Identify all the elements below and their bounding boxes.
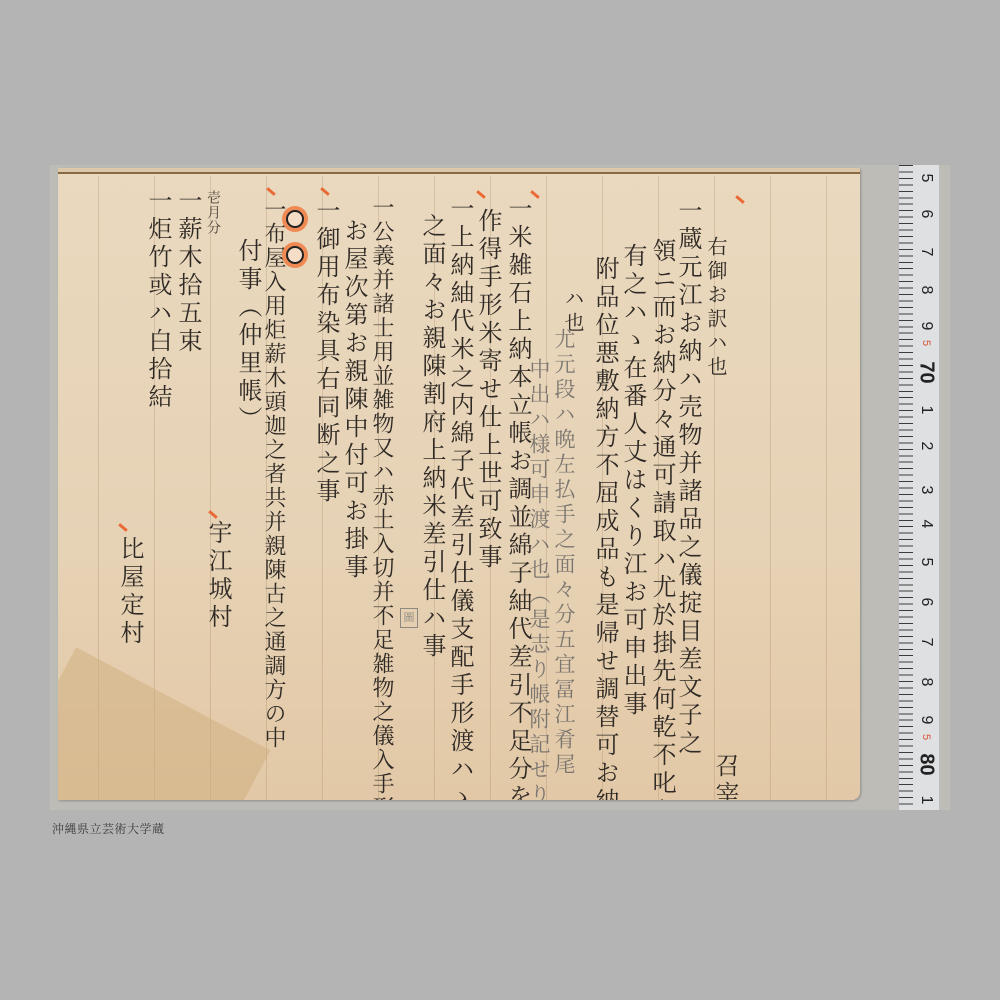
manuscript-page: 右御お訳ハ也 一蔵元江お納ハ売物并諸品之儀掟目差文子之 召宰 領ニ而お納分々通可… bbox=[58, 168, 860, 800]
ruler-label: 2 bbox=[917, 434, 935, 458]
ruler-ticks bbox=[899, 165, 913, 810]
ruler-label-red: 5 bbox=[920, 725, 932, 749]
margin-note: 壱月分 bbox=[206, 190, 220, 235]
collection-caption: 沖縄県立芸術大学蔵 bbox=[52, 820, 165, 837]
column-5: 附品位悪敷納方不屈成品も是帰せ調替可お納 bbox=[593, 256, 617, 800]
column-4: 有之ハゝ在番人丈はくり江お可申出事 bbox=[621, 243, 645, 719]
column-3: 領ニ而お納分々通可請取ハ尤於掛先何乾不叱之儀 bbox=[650, 238, 674, 800]
column-12: 之面々お親陳割府上納米差引仕ハ事 bbox=[420, 213, 444, 661]
red-tick-mark bbox=[266, 187, 276, 196]
column-16: 一布屋入用炬薪木頭迦之者共并親陳古之通調方の中 bbox=[262, 198, 284, 750]
column-19: 一炬竹或ハ白拾結 bbox=[146, 188, 170, 412]
column-18: 一薪木拾五束 bbox=[176, 188, 200, 356]
seal-stamp: 圖 bbox=[400, 608, 418, 628]
measuring-ruler: 5 6 7 8 9 5 70 1 2 3 4 5 6 7 8 9 5 80 1 bbox=[898, 165, 939, 810]
ruler-label-red: 5 bbox=[920, 331, 932, 355]
village-name-uegusuku: 宇江城村 bbox=[206, 520, 230, 632]
column-14: お屋次第お親陳中付可お掛事 bbox=[342, 218, 366, 582]
column-2b: 召宰 bbox=[713, 753, 737, 800]
red-tick-mark bbox=[118, 523, 128, 532]
column-9: 一米雑石上納本立帳お調並綿子紬代差引不足分を地頭 bbox=[506, 196, 530, 800]
ruler-label: 5 bbox=[917, 166, 935, 190]
ruler-label: 4 bbox=[917, 512, 935, 536]
column-15: 一御用布染具右同断之事 bbox=[314, 198, 338, 506]
ruler-label: 1 bbox=[917, 398, 935, 422]
ruler-label: 1 bbox=[917, 788, 935, 812]
ruler-label: 8 bbox=[917, 670, 935, 694]
ruler-label: 7 bbox=[917, 630, 935, 654]
paper-stain bbox=[58, 647, 270, 800]
orange-circle-mark bbox=[286, 210, 304, 228]
column-10: 作得手形米寄せ仕上世可致事 bbox=[476, 208, 500, 572]
orange-circle-mark bbox=[286, 246, 304, 264]
ruler-label: 5 bbox=[917, 550, 935, 574]
column-1: 右御お訳ハ也 bbox=[706, 236, 726, 380]
ruler-label: 3 bbox=[917, 478, 935, 502]
column-13: 一公義并諸士用並雑物又ハ赤土入切并不足雑物之儀入手形 bbox=[370, 196, 392, 800]
ruler-label: 7 bbox=[917, 240, 935, 264]
ruler-label: 8 bbox=[917, 278, 935, 302]
ruler-label: 6 bbox=[917, 202, 935, 226]
column-2: 一蔵元江お納ハ売物并諸品之儀掟目差文子之 bbox=[676, 198, 700, 758]
column-11: 一上納紬代米之内綿子代差引仕儀支配手形渡ハゝ仕手 bbox=[448, 196, 472, 800]
village-name-hiyajo: 比屋定村 bbox=[118, 536, 142, 648]
red-tick-mark bbox=[476, 190, 486, 199]
page-top-edge bbox=[58, 168, 860, 174]
column-7-pencil: 尤元段ハ晩左払手之面々分五宜冨江肴尾 bbox=[553, 328, 574, 778]
red-tick-mark bbox=[735, 195, 745, 204]
ruler-label: 70 bbox=[915, 361, 938, 385]
ruler-label: 80 bbox=[915, 753, 938, 777]
ruler-label: 6 bbox=[917, 590, 935, 614]
column-17: 付事（仲里帳） bbox=[236, 238, 260, 434]
